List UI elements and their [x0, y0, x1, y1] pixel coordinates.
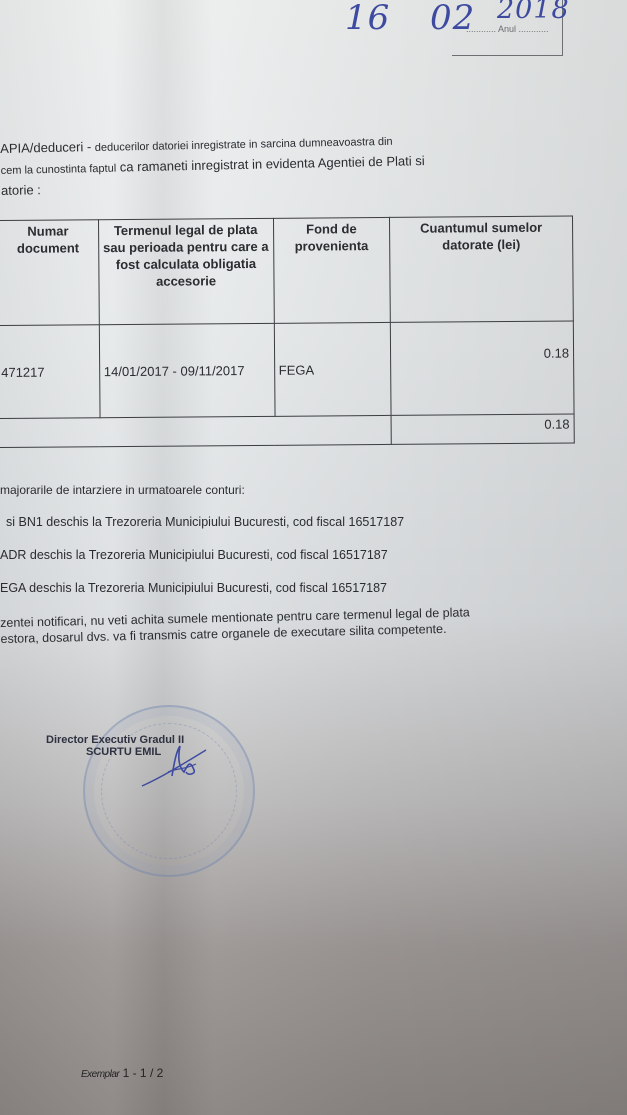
copy-label: Exemplar 1 - 1 / 2: [81, 1066, 163, 1080]
table-row: 471217 14/01/2017 - 09/11/2017 FEGA 0.18: [0, 321, 574, 419]
table-total-row: 0.18: [0, 414, 574, 448]
year-field-label: ............ Anul ............: [466, 24, 549, 34]
header-document-number: Numar document: [0, 220, 99, 326]
cell-fund: FEGA: [274, 322, 391, 416]
cell-document-number: 471217: [0, 325, 100, 419]
intro-line-2-rest: ca ramaneti inregistrat in evidenta Agen…: [116, 153, 425, 174]
header-payment-term: Termenul legal de plata sau perioada pen…: [98, 218, 274, 324]
debt-table-container: Numar document Termenul legal de plata s…: [0, 215, 575, 448]
intro-paragraph: APIA/deduceri - deducerilor datoriei inr…: [0, 130, 425, 200]
account-line: si BN1 deschis la Trezoreria Municipiulu…: [6, 515, 404, 529]
table-header-row: Numar document Termenul legal de plata s…: [0, 216, 573, 326]
cell-amount: 0.18: [390, 321, 574, 415]
cell-total-amount: 0.18: [391, 414, 574, 444]
account-line: ADR deschis la Trezoreria Municipiului B…: [0, 548, 388, 562]
intro-line-1-prefix: APIA/deduceri -: [0, 139, 95, 156]
header-fund: Fond de provenienta: [273, 217, 390, 323]
handwritten-year: 2018: [497, 0, 570, 25]
intro-line-1-rest: deducerilor datoriei inregistrate in sar…: [95, 136, 393, 154]
copy-label-word: Exemplar: [81, 1069, 119, 1080]
account-line: EGA deschis la Trezoreria Municipiului B…: [0, 581, 387, 595]
header-amount: Cuantumul sumelor datorate (lei): [390, 216, 574, 322]
handwritten-signature-icon: [140, 742, 210, 792]
accounts-intro: majorarile de intarziere in urmatoarele …: [0, 483, 245, 497]
handwritten-day: 16: [345, 0, 390, 38]
warning-paragraph: zentei notificari, nu veti achita sumele…: [0, 604, 470, 647]
intro-line-2-prefix: cem la cunostinta faptul: [1, 163, 117, 177]
copy-page-number: 1 - 1 / 2: [123, 1066, 164, 1080]
total-label-cell: [0, 415, 391, 447]
debt-table: Numar document Termenul legal de plata s…: [0, 215, 575, 448]
cell-period: 14/01/2017 - 09/11/2017: [99, 323, 275, 417]
